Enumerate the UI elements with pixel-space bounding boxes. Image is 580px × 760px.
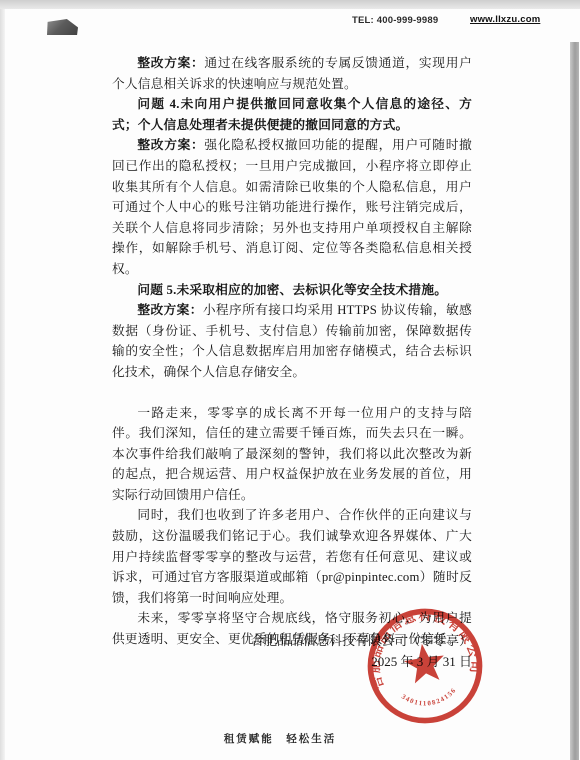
- paragraph-closing-1: 一路走来，零零享的成长离不开每一位用户的支持与陪伴。我们深知，信任的建立需要千锤…: [112, 403, 472, 506]
- paragraph-text: 未采取相应的加密、去标识化等安全技术措施。: [176, 283, 447, 297]
- letter-body: 整改方案：通过在线客服系统的专属反馈通道，实现用户个人信息相关诉求的快速响应与规…: [112, 53, 472, 650]
- header-telephone: TEL: 400-999-9989: [352, 15, 438, 26]
- paragraph-lead: 整改方案：: [137, 138, 204, 152]
- scan-edge-top: [0, 0, 580, 9]
- paragraph-issue-5: 问题 5.未采取相应的加密、去标识化等安全技术措施。: [112, 280, 472, 301]
- paragraph-remedy-4: 整改方案：强化隐私授权撤回功能的提醒，用户可随时撤回已作出的隐私授权；一旦用户完…: [112, 135, 472, 279]
- scanned-document-page: TEL: 400-999-9989 www.llxzu.com 整改方案：通过在…: [0, 0, 580, 760]
- paragraph-remedy-3: 整改方案：通过在线客服系统的专属反馈通道，实现用户个人信息相关诉求的快速响应与规…: [112, 53, 472, 94]
- seal-code-holder: 3401110824156: [399, 686, 460, 711]
- signature-company-name: 合肥品品信息科技有限公司（零零享）: [112, 630, 472, 651]
- company-logo-icon: [47, 19, 78, 35]
- paragraph-remedy-5: 整改方案：小程序所有接口均采用 HTTPS 协议传输，敏感数据（身份证、手机号、…: [112, 300, 472, 382]
- paragraph-lead: 问题 4.: [137, 97, 179, 111]
- footer-slogan: 租赁赋能 轻松生活: [100, 731, 460, 746]
- paragraph-closing-2: 同时，我们也收到了许多老用户、合作伙伴的正向建议与鼓励，这份温暖我们铭记于心。我…: [112, 505, 472, 608]
- paragraph-lead: 整改方案：: [137, 303, 202, 317]
- signature-date: 2025 年 3 月 31 日: [112, 651, 472, 672]
- header-website-url: www.llxzu.com: [470, 14, 540, 25]
- signature-block: 合肥品品信息科技有限公司（零零享） 2025 年 3 月 31 日: [112, 630, 472, 672]
- paragraph-lead: 整改方案：: [137, 56, 204, 70]
- seal-code-number: 3401110824156: [399, 686, 460, 711]
- paragraph-text: 一路走来，零零享的成长离不开每一位用户的支持与陪伴。我们深知，信任的建立需要千锤…: [112, 406, 472, 502]
- scan-edge-right: [570, 42, 579, 760]
- paragraph-issue-4: 问题 4.未向用户提供撤回同意收集个人信息的途径、方式；个人信息处理者未提供便捷…: [112, 94, 472, 135]
- scan-edge-left: [0, 9, 5, 760]
- paragraph-lead: 问题 5.: [137, 283, 176, 297]
- paragraph-text: 同时，我们也收到了许多老用户、合作伙伴的正向建议与鼓励，这份温暖我们铭记于心。我…: [112, 508, 472, 604]
- paragraph-text: 强化隐私授权撤回功能的提醒，用户可随时撤回已作出的隐私授权；一旦用户完成撤回，小…: [112, 138, 472, 276]
